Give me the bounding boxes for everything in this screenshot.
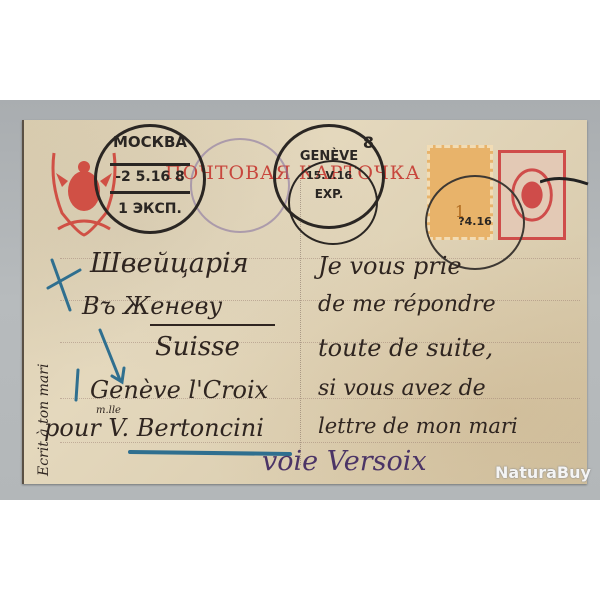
- postmark-city: МОСКВА: [97, 133, 203, 151]
- address-line: Швейцарія: [90, 248, 249, 279]
- postmark-geneva-arrival: [288, 160, 378, 245]
- cancel-stroke: [540, 170, 590, 190]
- message-line: Je vous prie: [318, 252, 462, 280]
- message-line: toute de suite,: [318, 334, 493, 362]
- watermark: NaturaBuy: [495, 463, 591, 482]
- address-line: Genève l'Croix: [90, 376, 268, 404]
- message-line: de me répondre: [318, 292, 496, 317]
- address-line: pour V. Bertoncini: [44, 414, 264, 442]
- address-line: Въ Женеву: [82, 292, 222, 320]
- underline: [150, 324, 275, 326]
- postmark-moscow: МОСКВА -2 5.16 8 1 ЭКСП.: [94, 124, 206, 234]
- routing-note: voie Versoix: [262, 446, 427, 477]
- postmark-bottom: 1 ЭКСП.: [97, 201, 203, 217]
- message-line: lettre de mon mari: [318, 414, 518, 438]
- address-line: Suisse: [155, 332, 240, 362]
- side-note: Ecrit à ton mari: [36, 364, 52, 476]
- postmark-date: -2 5.16 8: [97, 169, 203, 185]
- message-line: si vous avez de: [318, 376, 486, 401]
